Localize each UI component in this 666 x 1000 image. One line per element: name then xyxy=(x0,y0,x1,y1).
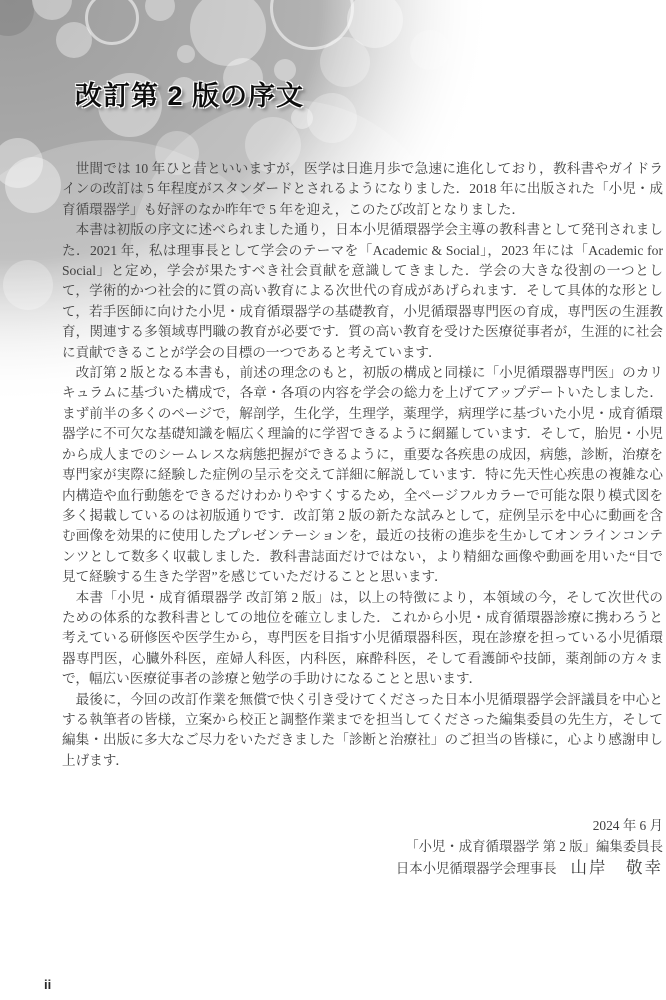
signature-block: 2024 年 6 月 「小児・成育循環器学 第 2 版」編集委員長 日本小児循環… xyxy=(62,815,663,879)
signature-chair-role: 日本小児循環器学会理事長 xyxy=(396,861,557,876)
signature-date: 2024 年 6 月 xyxy=(62,815,663,836)
signature-editor-title: 「小児・成育循環器学 第 2 版」編集委員長 xyxy=(62,836,663,857)
preface-paragraph: 本書「小児・成育循環器学 改訂第 2 版」は，以上の特徴により，本領域の今，そし… xyxy=(62,588,663,690)
preface-paragraph: 本書は初版の序文に述べられました通り，日本小児循環器学会主導の教科書として発刊さ… xyxy=(62,220,663,363)
signature-chair-line: 日本小児循環器学会理事長山岸 敬幸 xyxy=(62,857,663,879)
preface-body: 世間では 10 年ひと昔といいますが，医学は日進月歩で急速に進化しており，教科書… xyxy=(62,159,663,879)
preface-paragraph: 世間では 10 年ひと昔といいますが，医学は日進月歩で急速に進化しており，教科書… xyxy=(62,159,663,220)
preface-paragraph: 改訂第 2 版となる本書も，前述の理念のもと，初版の構成と同様に「小児循環器専門… xyxy=(62,363,663,587)
preface-paragraph: 最後に，今回の改訂作業を無償で快く引き受けてくださった日本小児循環器学会評議員を… xyxy=(62,690,663,772)
page-number: ii xyxy=(44,977,51,992)
signature-chair-name: 山岸 敬幸 xyxy=(571,858,664,877)
page-title: 改訂第 2 版の序文 xyxy=(75,74,304,113)
